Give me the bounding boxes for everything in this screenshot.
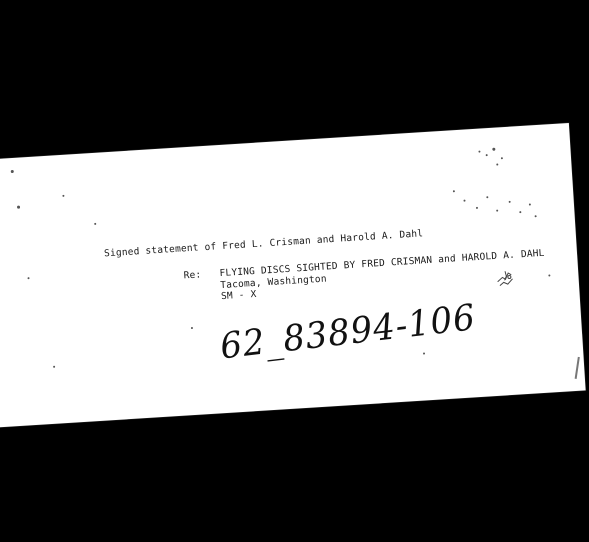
paper-speckles bbox=[0, 123, 569, 160]
signed-statement-line: Signed statement of Fred L. Crisman and … bbox=[104, 228, 424, 259]
paper-edge-mark bbox=[575, 357, 580, 379]
handwritten-file-number: 62_83894-106 bbox=[218, 297, 478, 368]
re-label: Re: bbox=[183, 269, 211, 305]
ink-stamp-icon bbox=[493, 267, 518, 290]
subject-block: Re: FLYING DISCS SIGHTED BY FRED CRISMAN… bbox=[183, 248, 546, 305]
document-card: Signed statement of Fred L. Crisman and … bbox=[0, 123, 586, 428]
